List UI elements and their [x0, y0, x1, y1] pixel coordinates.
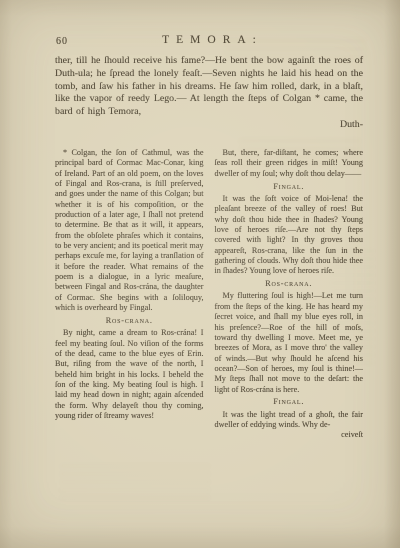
- fingal-speech-2: It was the light tread of a ghoſt, the f…: [215, 410, 364, 431]
- main-text-block: ther, till he ſhould receive his fame?—H…: [55, 55, 363, 132]
- speaker-heading-ros-crana-2: Ros-crana.: [215, 279, 364, 289]
- running-title: TEMORA:: [55, 34, 363, 46]
- ros-crana-speech-continued: But, there, far-diſtant, he comes; where…: [215, 148, 364, 179]
- footnote-section: * Colgan, the ſon of Cathmul, was the pr…: [55, 148, 363, 441]
- speaker-heading-fingal-1: Fingal.: [215, 182, 364, 192]
- page-catchword: Duth-: [55, 119, 363, 132]
- speaker-heading-ros-crana: Ros-crana.: [55, 316, 204, 326]
- fingal-speech-1: It was the ſoft voice of Moi-lena! the p…: [215, 194, 364, 277]
- book-page-scan: 60 TEMORA: ther, till he ſhould receive …: [0, 0, 400, 548]
- speaker-heading-fingal-2: Fingal.: [215, 397, 364, 407]
- ink-bleed-through-smudge: [60, 465, 210, 505]
- main-paragraph: ther, till he ſhould receive his fame?—H…: [55, 55, 363, 119]
- footnote-intro: * Colgan, the ſon of Cathmul, was the pr…: [55, 148, 204, 314]
- footnote-left-column: * Colgan, the ſon of Cathmul, was the pr…: [55, 148, 204, 441]
- footnote-catchword: ceiveſt: [215, 430, 364, 440]
- footnote-right-column: But, there, far-diſtant, he comes; where…: [215, 148, 364, 441]
- ros-crana-speech: By night, came a dream to Ros-crána! I f…: [55, 328, 204, 421]
- ros-crana-speech-2: My fluttering ſoul is high!—Let me turn …: [215, 291, 364, 394]
